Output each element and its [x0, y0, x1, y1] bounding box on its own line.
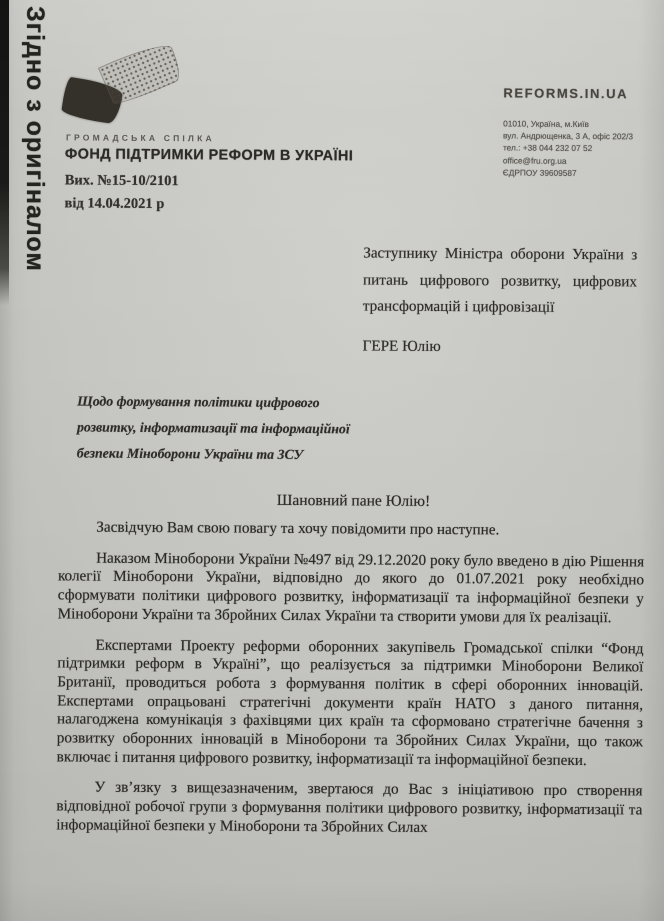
addressee-block: Заступнику Міністра оборони України з пи…	[362, 240, 637, 361]
outgoing-number: Вих. №15-10/2101	[65, 172, 179, 190]
letter-content: ГРОМАДСЬКА СПІЛКА ФОНД ПІДТРИМКИ РЕФОРМ …	[0, 0, 664, 921]
subject-block: Щодо формування політики цифрового розви…	[77, 388, 360, 468]
subject-line-1: Щодо формування політики цифрового	[77, 388, 359, 416]
scanned-letter-page: Згідно з оригіналом ГРОМАДСЬКА СПІЛКА ФО…	[0, 0, 664, 921]
letter-body: Засвідчую Вам свою повагу та хочу повідо…	[56, 518, 644, 851]
website-label: REFORMS.IN.UA	[503, 85, 628, 101]
contact-block: 01010, Україна, м.Київ вул. Андрющенка, …	[503, 117, 659, 179]
subject-line-3: безпеки Міноборони України та ЗСУ	[77, 440, 359, 468]
body-paragraph-3: Експертами Проекту реформи оборонних зак…	[57, 636, 644, 771]
contact-phone: тел.: +38 044 232 07 52	[503, 142, 659, 155]
body-paragraph-4: У зв’язку з вищезазначеним, звертаюся до…	[56, 779, 642, 839]
org-type-label: ГРОМАДСЬКА СПІЛКА	[66, 132, 215, 143]
subject-line-2: розвитку, інформатизації та інформаційно…	[77, 414, 359, 442]
body-paragraph-2: Наказом Міноборони України №497 від 29.1…	[58, 549, 645, 628]
contact-address-line2: вул. Андрющенка, 3 А, офіс 202/3	[503, 130, 659, 143]
addressee-position: Заступнику Міністра оборони України з пи…	[363, 240, 638, 321]
leaf-logo-icon	[61, 50, 180, 139]
org-name: ФОНД ПІДТРИМКИ РЕФОРМ В УКРАЇНІ	[65, 146, 395, 164]
leaf-speckled-icon	[98, 38, 185, 109]
letter-date: від 14.04.2021 р	[65, 195, 165, 213]
contact-edrpou: ЄДРПОУ 39609587	[503, 166, 659, 179]
contact-address-line1: 01010, Україна, м.Київ	[503, 117, 659, 130]
body-paragraph-1: Засвідчую Вам свою повагу та хочу повідо…	[58, 518, 644, 541]
contact-email: office@fru.org.ua	[503, 154, 659, 167]
salutation: Шановний пане Юлію!	[62, 490, 644, 512]
addressee-name: ГЕРЕ Юлію	[362, 333, 636, 361]
